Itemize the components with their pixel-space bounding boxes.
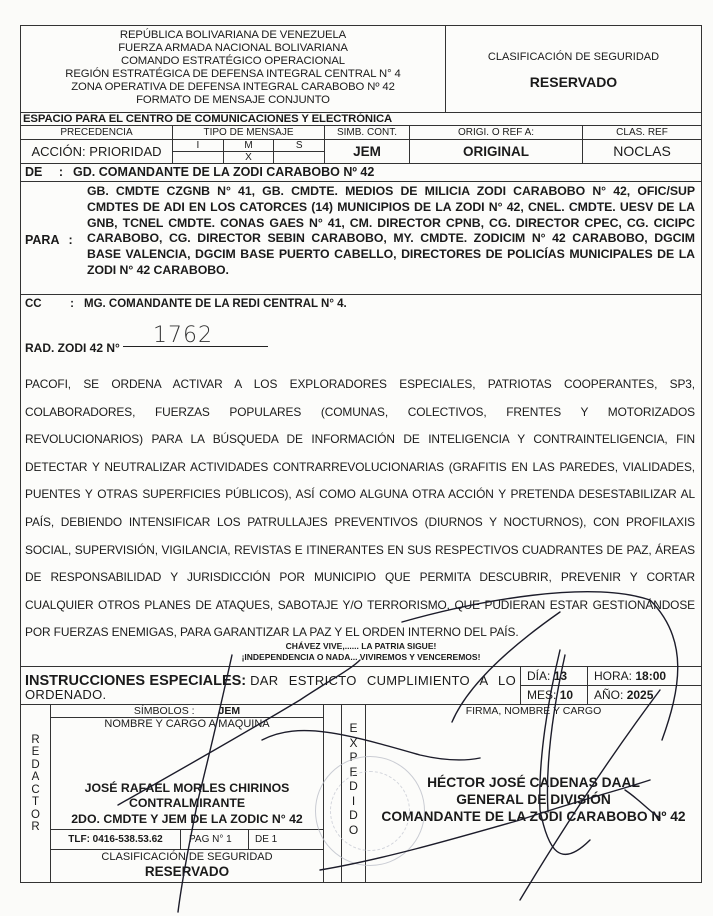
slogan-line: ¡INDEPENDENCIA O NADA... VIVIREMOS Y VEN… xyxy=(21,652,701,663)
footer-classification-label: CLASIFICACIÓN DE SEGURIDAD xyxy=(51,850,323,864)
redactor-name: JOSÉ RAFAEL MORLES CHIRINOS xyxy=(51,781,323,797)
clas-ref-value: NOCLAS xyxy=(583,140,701,163)
to-value: GB. CMDTE CZGNB N° 41, GB. CMDTE. MEDIOS… xyxy=(85,182,701,294)
from-separator: : xyxy=(59,164,63,181)
slogan-line: CHÁVEZ VIVE,...... LA PATRIA SIGUE! xyxy=(21,641,701,652)
header-line: FORMATO DE MENSAJE CONJUNTO xyxy=(21,94,445,107)
cc-label: CC xyxy=(25,295,42,313)
from-label: DE xyxy=(25,164,42,181)
document-header: REPÚBLICA BOLIVARIANA DE VENEZUELA FUERZ… xyxy=(21,26,701,113)
symbols-row: SÍMBOLOS :JEM xyxy=(51,705,323,718)
footer-classification: CLASIFICACIÓN DE SEGURIDAD RESERVADO xyxy=(51,850,323,882)
hour-value: 18:00 xyxy=(635,669,666,683)
footer-classification-value: RESERVADO xyxy=(51,864,323,879)
hour-cell: HORA: 18:00 xyxy=(588,667,701,686)
body-text: PACOFI, SE ORDENA ACTIVAR A LOS EXPLORAD… xyxy=(25,371,695,647)
radio-number: 1762 xyxy=(123,325,268,347)
type-s-label: S xyxy=(274,140,324,151)
letter: D xyxy=(31,759,39,772)
hour-label: HORA: xyxy=(594,669,632,683)
month-value: 10 xyxy=(560,688,573,702)
simb-cont-value: JEM xyxy=(325,140,410,163)
special-instructions-row: INSTRUCCIONES ESPECIALES: DAR ESTRICTO C… xyxy=(21,666,701,704)
header-line: COMANDO ESTRATÉGICO OPERACIONAL xyxy=(21,55,445,68)
radio-label: RAD. ZODI 42 N° xyxy=(25,341,120,355)
security-classification: CLASIFICACIÓN DE SEGURIDAD RESERVADO xyxy=(446,26,701,112)
cc-row: CC: MG. COMANDANTE DE LA REDI CENTRAL N°… xyxy=(21,295,701,313)
letter: A xyxy=(32,771,40,784)
classification-label: CLASIFICACIÓN DE SEGURIDAD xyxy=(446,51,701,63)
comms-space-title: ESPACIO PARA EL CENTRO DE COMUNICACIONES… xyxy=(21,113,701,126)
month-label: MES: xyxy=(527,688,556,702)
symbols-label: SÍMBOLOS : xyxy=(134,705,195,717)
to-row: PARA: GB. CMDTE CZGNB N° 41, GB. CMDTE. … xyxy=(21,182,701,295)
day-cell: DÍA: 13 xyxy=(521,667,588,686)
header-line: FUERZA ARMADA NACIONAL BOLIVARIANA xyxy=(21,42,445,55)
redactor-name-block: NOMBRE Y CARGO A MAQUINA JOSÉ RAFAEL MOR… xyxy=(51,718,323,830)
type-m-mark: X xyxy=(224,152,275,163)
page-total: DE 1 xyxy=(249,830,323,849)
letter: R xyxy=(31,734,39,747)
letter: E xyxy=(32,746,40,759)
precedence-value: ACCIÓN: PRIORIDAD xyxy=(21,140,173,163)
day-value: 13 xyxy=(554,669,567,683)
special-instructions: INSTRUCCIONES ESPECIALES: DAR ESTRICTO C… xyxy=(21,667,520,704)
classification-value: RESERVADO xyxy=(446,74,701,90)
letter: C xyxy=(31,784,39,797)
origin-ref-value: ORIGINAL xyxy=(410,140,583,163)
slogan: CHÁVEZ VIVE,...... LA PATRIA SIGUE! ¡IND… xyxy=(21,641,701,663)
message-grid-values: ACCIÓN: PRIORIDAD I M S X JEM ORIGINAL N… xyxy=(21,140,701,164)
origin-ref-header: ORIGI. O REF A: xyxy=(410,126,583,139)
letter: R xyxy=(31,821,39,834)
redactor-identity: JOSÉ RAFAEL MORLES CHIRINOS CONTRALMIRAN… xyxy=(51,781,323,828)
signature-label: FIRMA, NOMBRE Y CARGO xyxy=(366,705,701,718)
header-line: REPÚBLICA BOLIVARIANA DE VENEZUELA xyxy=(21,29,445,42)
redactor-rank: CONTRALMIRANTE xyxy=(51,796,323,812)
page-row: TLF: 0416-538.53.62 PAG N° 1 DE 1 xyxy=(51,830,323,850)
year-label: AÑO: xyxy=(594,688,623,702)
letter: O xyxy=(31,809,40,822)
issuing-authority: REPÚBLICA BOLIVARIANA DE VENEZUELA FUERZ… xyxy=(21,26,446,112)
message-type-grid: I M S X xyxy=(173,140,325,163)
type-i-label: I xyxy=(173,140,224,151)
from-row: DE: GD. COMANDANTE DE LA ZODI CARABOBO N… xyxy=(21,164,701,182)
header-line: ZONA OPERATIVA DE DEFENSA INTEGRAL CARAB… xyxy=(21,81,445,94)
message-type-header: TIPO DE MENSAJE xyxy=(173,126,325,139)
type-m-label: M xyxy=(224,140,275,151)
joint-message-form: REPÚBLICA BOLIVARIANA DE VENEZUELA FUERZ… xyxy=(20,25,702,883)
redactor-vertical-label: R E D A C T O R xyxy=(21,705,51,882)
letter: X xyxy=(349,736,357,751)
symbols-value: JEM xyxy=(219,705,241,717)
cc-value: MG. COMANDANTE DE LA REDI CENTRAL N° 4. xyxy=(84,295,347,313)
to-separator: : xyxy=(69,233,73,247)
header-line: REGIÓN ESTRATÉGICA DE DEFENSA INTEGRAL C… xyxy=(21,68,445,81)
page-number: PAG N° 1 xyxy=(181,830,249,849)
cc-separator: : xyxy=(70,295,74,313)
to-label: PARA xyxy=(25,233,60,247)
datetime-grid: DÍA: 13 HORA: 18:00 MES: 10 AÑO: 2025 xyxy=(520,667,701,704)
simb-cont-header: SIMB. CONT. xyxy=(325,126,410,139)
letter: T xyxy=(32,796,39,809)
message-grid-headers: PRECEDENCIA TIPO DE MENSAJE SIMB. CONT. … xyxy=(21,126,701,140)
month-cell: MES: 10 xyxy=(521,686,588,705)
from-value: GD. COMANDANTE DE LA ZODI CARABOBO Nº 42 xyxy=(73,164,374,181)
letter: E xyxy=(349,721,357,736)
year-value: 2025 xyxy=(627,688,654,702)
type-i-mark xyxy=(173,152,224,163)
clas-ref-header: CLAS. REF xyxy=(583,126,701,139)
redactor-position: 2DO. CMDTE Y JEM DE LA ZODIC N° 42 xyxy=(51,812,323,828)
year-cell: AÑO: 2025 xyxy=(588,686,701,705)
type-s-mark xyxy=(274,152,324,163)
official-seal-icon xyxy=(315,756,425,866)
day-label: DÍA: xyxy=(527,669,550,683)
redactor-phone: TLF: 0416-538.53.62 xyxy=(51,830,181,849)
precedence-header: PRECEDENCIA xyxy=(21,126,173,139)
name-label: NOMBRE Y CARGO A MAQUINA xyxy=(51,718,323,730)
message-body: RAD. ZODI 42 N° 1762 PACOFI, SE ORDENA A… xyxy=(21,313,701,666)
redactor-section: SÍMBOLOS :JEM NOMBRE Y CARGO A MAQUINA J… xyxy=(51,705,323,882)
